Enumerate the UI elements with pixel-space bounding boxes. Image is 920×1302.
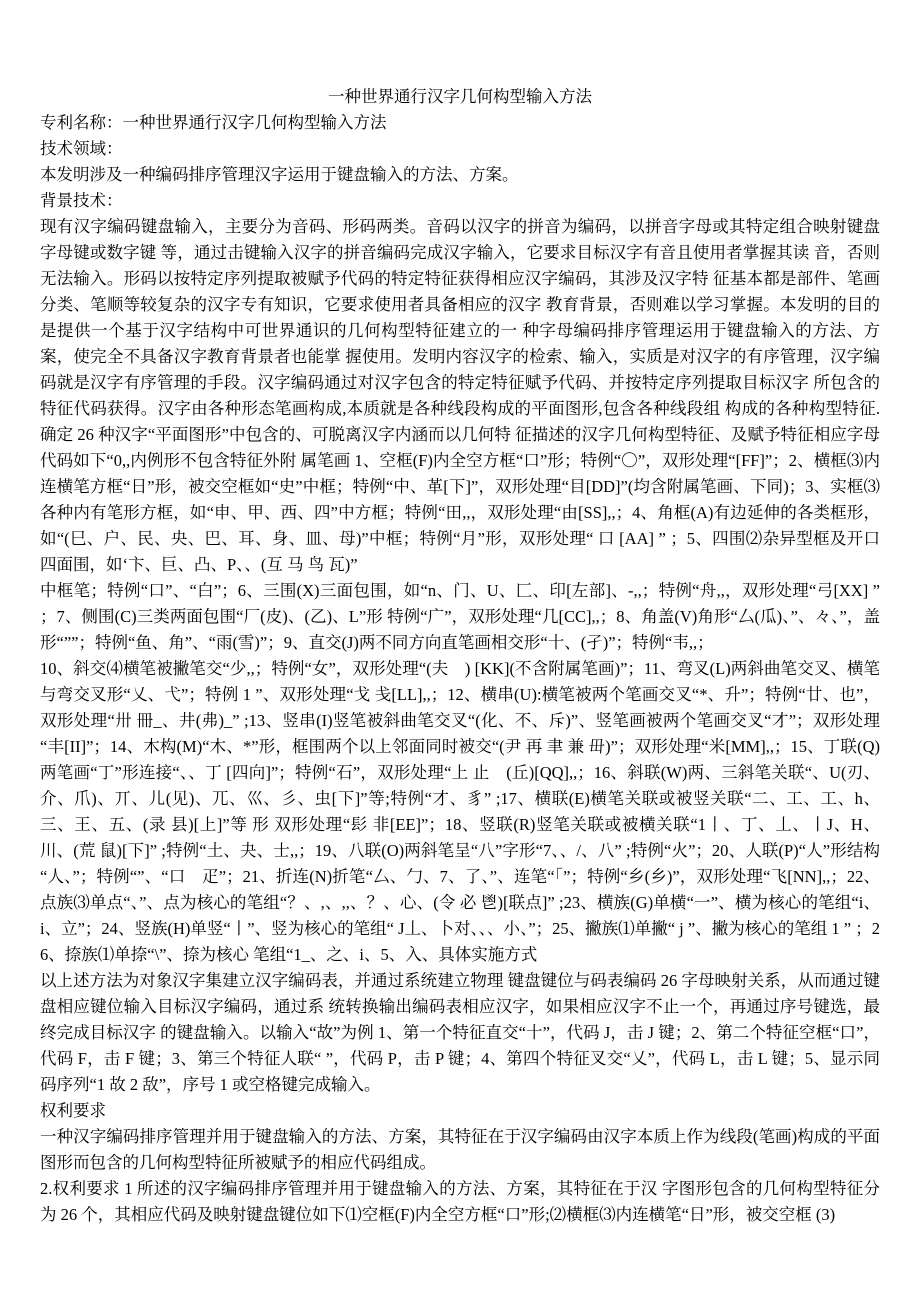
implementation-example-paragraph: 以上述方法为对象汉字集建立汉字编码表，并通过系统建立物理 键盘键位与码表编码 2… bbox=[40, 968, 880, 1098]
section-heading-background: 背景技术： bbox=[40, 188, 880, 214]
document-title: 一种世界通行汉字几何构型输入方法 bbox=[40, 84, 880, 110]
claim-2-paragraph: 2.权利要求 1 所述的汉字编码排序管理并用于键盘输入的方法、方案，其特征在于汉… bbox=[40, 1176, 880, 1228]
claim-1-paragraph: 一种汉字编码排序管理并用于键盘输入的方法、方案，其特征在于汉字编码由汉字本质上作… bbox=[40, 1124, 880, 1176]
feature-items-10-26-paragraph: 10、斜交⑷横笔被撇笔交“少,,；特例“女”，双形处理“(夫 ) [KK](不含… bbox=[40, 656, 880, 968]
section-heading-claims: 权利要求 bbox=[40, 1098, 880, 1124]
section-heading-technical-field: 技术领域： bbox=[40, 136, 880, 162]
patent-document-page: 一种世界通行汉字几何构型输入方法 专利名称：一种世界通行汉字几何构型输入方法 技… bbox=[0, 0, 920, 1302]
technical-field-text: 本发明涉及一种编码排序管理汉字运用于键盘输入的方法、方案。 bbox=[40, 162, 880, 188]
background-and-invention-paragraph: 现有汉字编码键盘输入，主要分为音码、形码两类。音码以汉字的拼音为编码，以拼音字母… bbox=[40, 214, 880, 578]
feature-items-5-9-paragraph: 中框笔；特例“口”、“白”；6、三围(X)三面包围，如“n、门、U、匚、印[左部… bbox=[40, 578, 880, 656]
patent-name-line: 专利名称：一种世界通行汉字几何构型输入方法 bbox=[40, 110, 880, 136]
